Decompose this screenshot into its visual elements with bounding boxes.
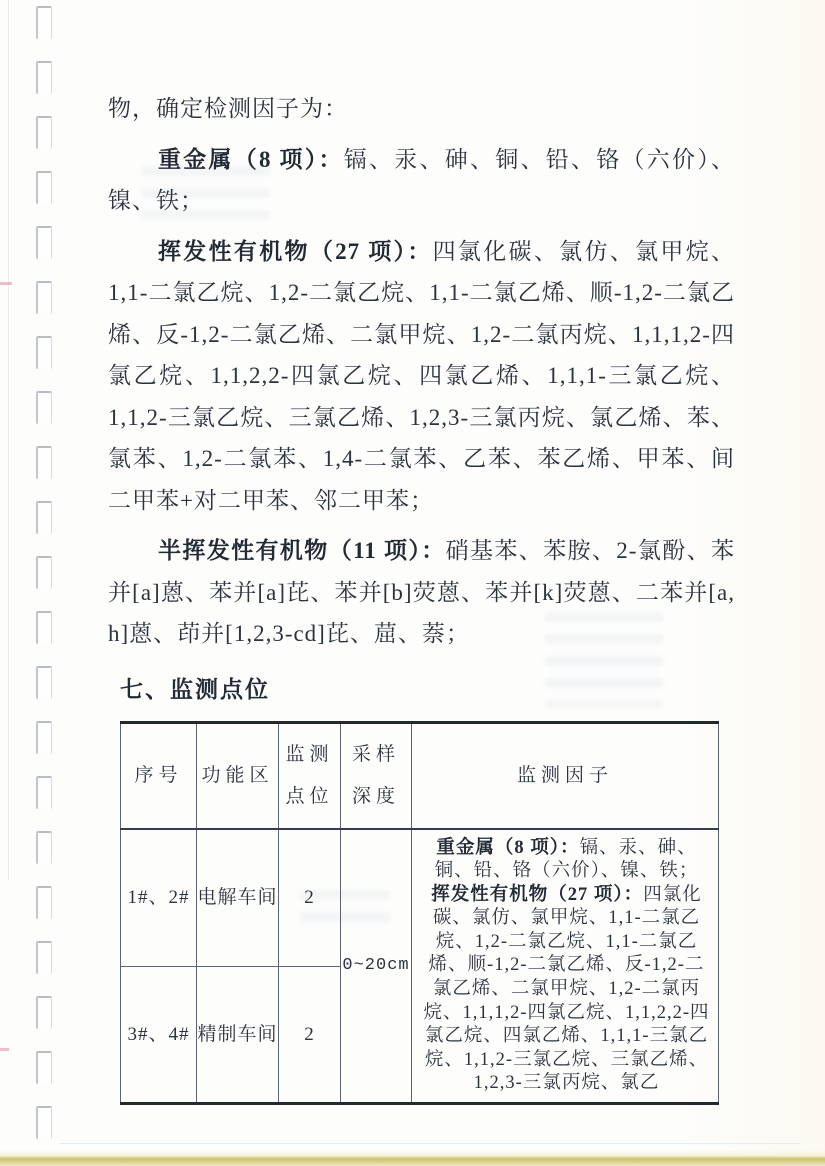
header-sampling-depth: 采样深度 (341, 723, 412, 829)
paragraph-svocs: 半挥发性有机物（11 项）：硝基苯、苯胺、2-氯酚、苯并[a]蒽、苯并[a]芘、… (108, 530, 735, 655)
header-monitoring-points: 监测点位 (279, 723, 341, 829)
binding-hole (36, 611, 52, 644)
scan-pink-mark (0, 282, 12, 285)
cell-monitoring-factors: 重金属（8 项）：镉、汞、砷、铜、铅、铬（六价）、镍、铁； 挥发性有机物（27 … (412, 829, 719, 1104)
paragraph-heavy-metals: 重金属（8 项）：镉、汞、砷、铜、铅、铬（六价）、镍、铁； (108, 139, 735, 222)
scan-pink-mark (0, 1048, 9, 1051)
table-row: 1#、2# 电解车间 2 0~20cm 重金属（8 项）：镉、汞、砷、铜、铅、铬… (121, 829, 719, 967)
factors-lead: 重金属（8 项）： (436, 838, 579, 858)
paragraph-lead: 重金属（8 项）： (158, 147, 344, 172)
factors-heavy-metals: 重金属（8 项）：镉、汞、砷、铜、铅、铬（六价）、镍、铁； (421, 837, 712, 884)
binding-hole (36, 61, 52, 94)
binding-hole (36, 1051, 52, 1084)
paragraph-lead: 挥发性有机物（27 项）： (158, 239, 433, 264)
binding-hole (36, 226, 52, 259)
binding-hole (36, 556, 52, 589)
binding-hole (36, 116, 52, 149)
binding-hole (36, 721, 52, 754)
page-left-edge-line (8, 0, 9, 880)
factors-vocs: 挥发性有机物（27 项）：四氯化碳、氯仿、氯甲烷、1,1-二氯乙烷、1,2-二氯… (421, 884, 712, 1096)
binding-hole (36, 886, 52, 919)
binding-hole (36, 501, 52, 534)
cell-monitoring-points: 2 (279, 966, 341, 1104)
paragraph-text: 四氯化碳、氯仿、氯甲烷、1,1-二氯乙烷、1,2-二氯乙烷、1,1-二氯乙烯、顺… (108, 239, 735, 513)
binding-hole (36, 281, 52, 314)
scan-faint-rule (60, 1143, 800, 1144)
monitoring-points-table: 序号 功能区 监测点位 采样深度 监测因子 1#、2# 电解车间 2 0~20c… (120, 721, 719, 1105)
binding-hole (36, 1106, 52, 1139)
binding-hole (36, 171, 52, 204)
header-monitoring-factors: 监测因子 (412, 723, 719, 829)
cell-serial: 1#、2# (121, 829, 197, 967)
binding-hole (36, 776, 52, 809)
binding-hole (36, 941, 52, 974)
document-body: 物，确定检测因子为： 重金属（8 项）：镉、汞、砷、铜、铅、铬（六价）、镍、铁；… (108, 88, 735, 1105)
binding-hole (36, 336, 52, 369)
cell-sampling-depth: 0~20cm (341, 829, 412, 1104)
binding-hole (36, 6, 52, 39)
factors-lead: 挥发性有机物（27 项）： (431, 885, 643, 905)
cell-functional-area: 电解车间 (197, 829, 279, 967)
paragraph-lead: 半挥发性有机物（11 项）： (158, 538, 446, 563)
scanned-document-page: { "page": { "body_text": { "continuation… (0, 0, 825, 1166)
binding-hole (36, 831, 52, 864)
binding-hole (36, 446, 52, 479)
header-serial: 序号 (121, 723, 197, 829)
cell-monitoring-points: 2 (279, 829, 341, 967)
continuation-line: 物，确定检测因子为： (108, 88, 735, 130)
section-heading: 七、监测点位 (120, 669, 735, 711)
cell-functional-area: 精制车间 (197, 966, 279, 1104)
factors-text: 四氯化碳、氯仿、氯甲烷、1,1-二氯乙烷、1,2-二氯乙烷、1,1-二氯乙烯、顺… (423, 885, 709, 1094)
binding-hole (36, 666, 52, 699)
next-page-edge (0, 1150, 825, 1166)
header-functional-area: 功能区 (197, 723, 279, 829)
binding-hole (36, 996, 52, 1029)
binding-hole (36, 391, 52, 424)
cell-serial: 3#、4# (121, 966, 197, 1104)
paragraph-vocs: 挥发性有机物（27 项）：四氯化碳、氯仿、氯甲烷、1,1-二氯乙烷、1,2-二氯… (108, 231, 735, 522)
table-header-row: 序号 功能区 监测点位 采样深度 监测因子 (121, 723, 719, 829)
